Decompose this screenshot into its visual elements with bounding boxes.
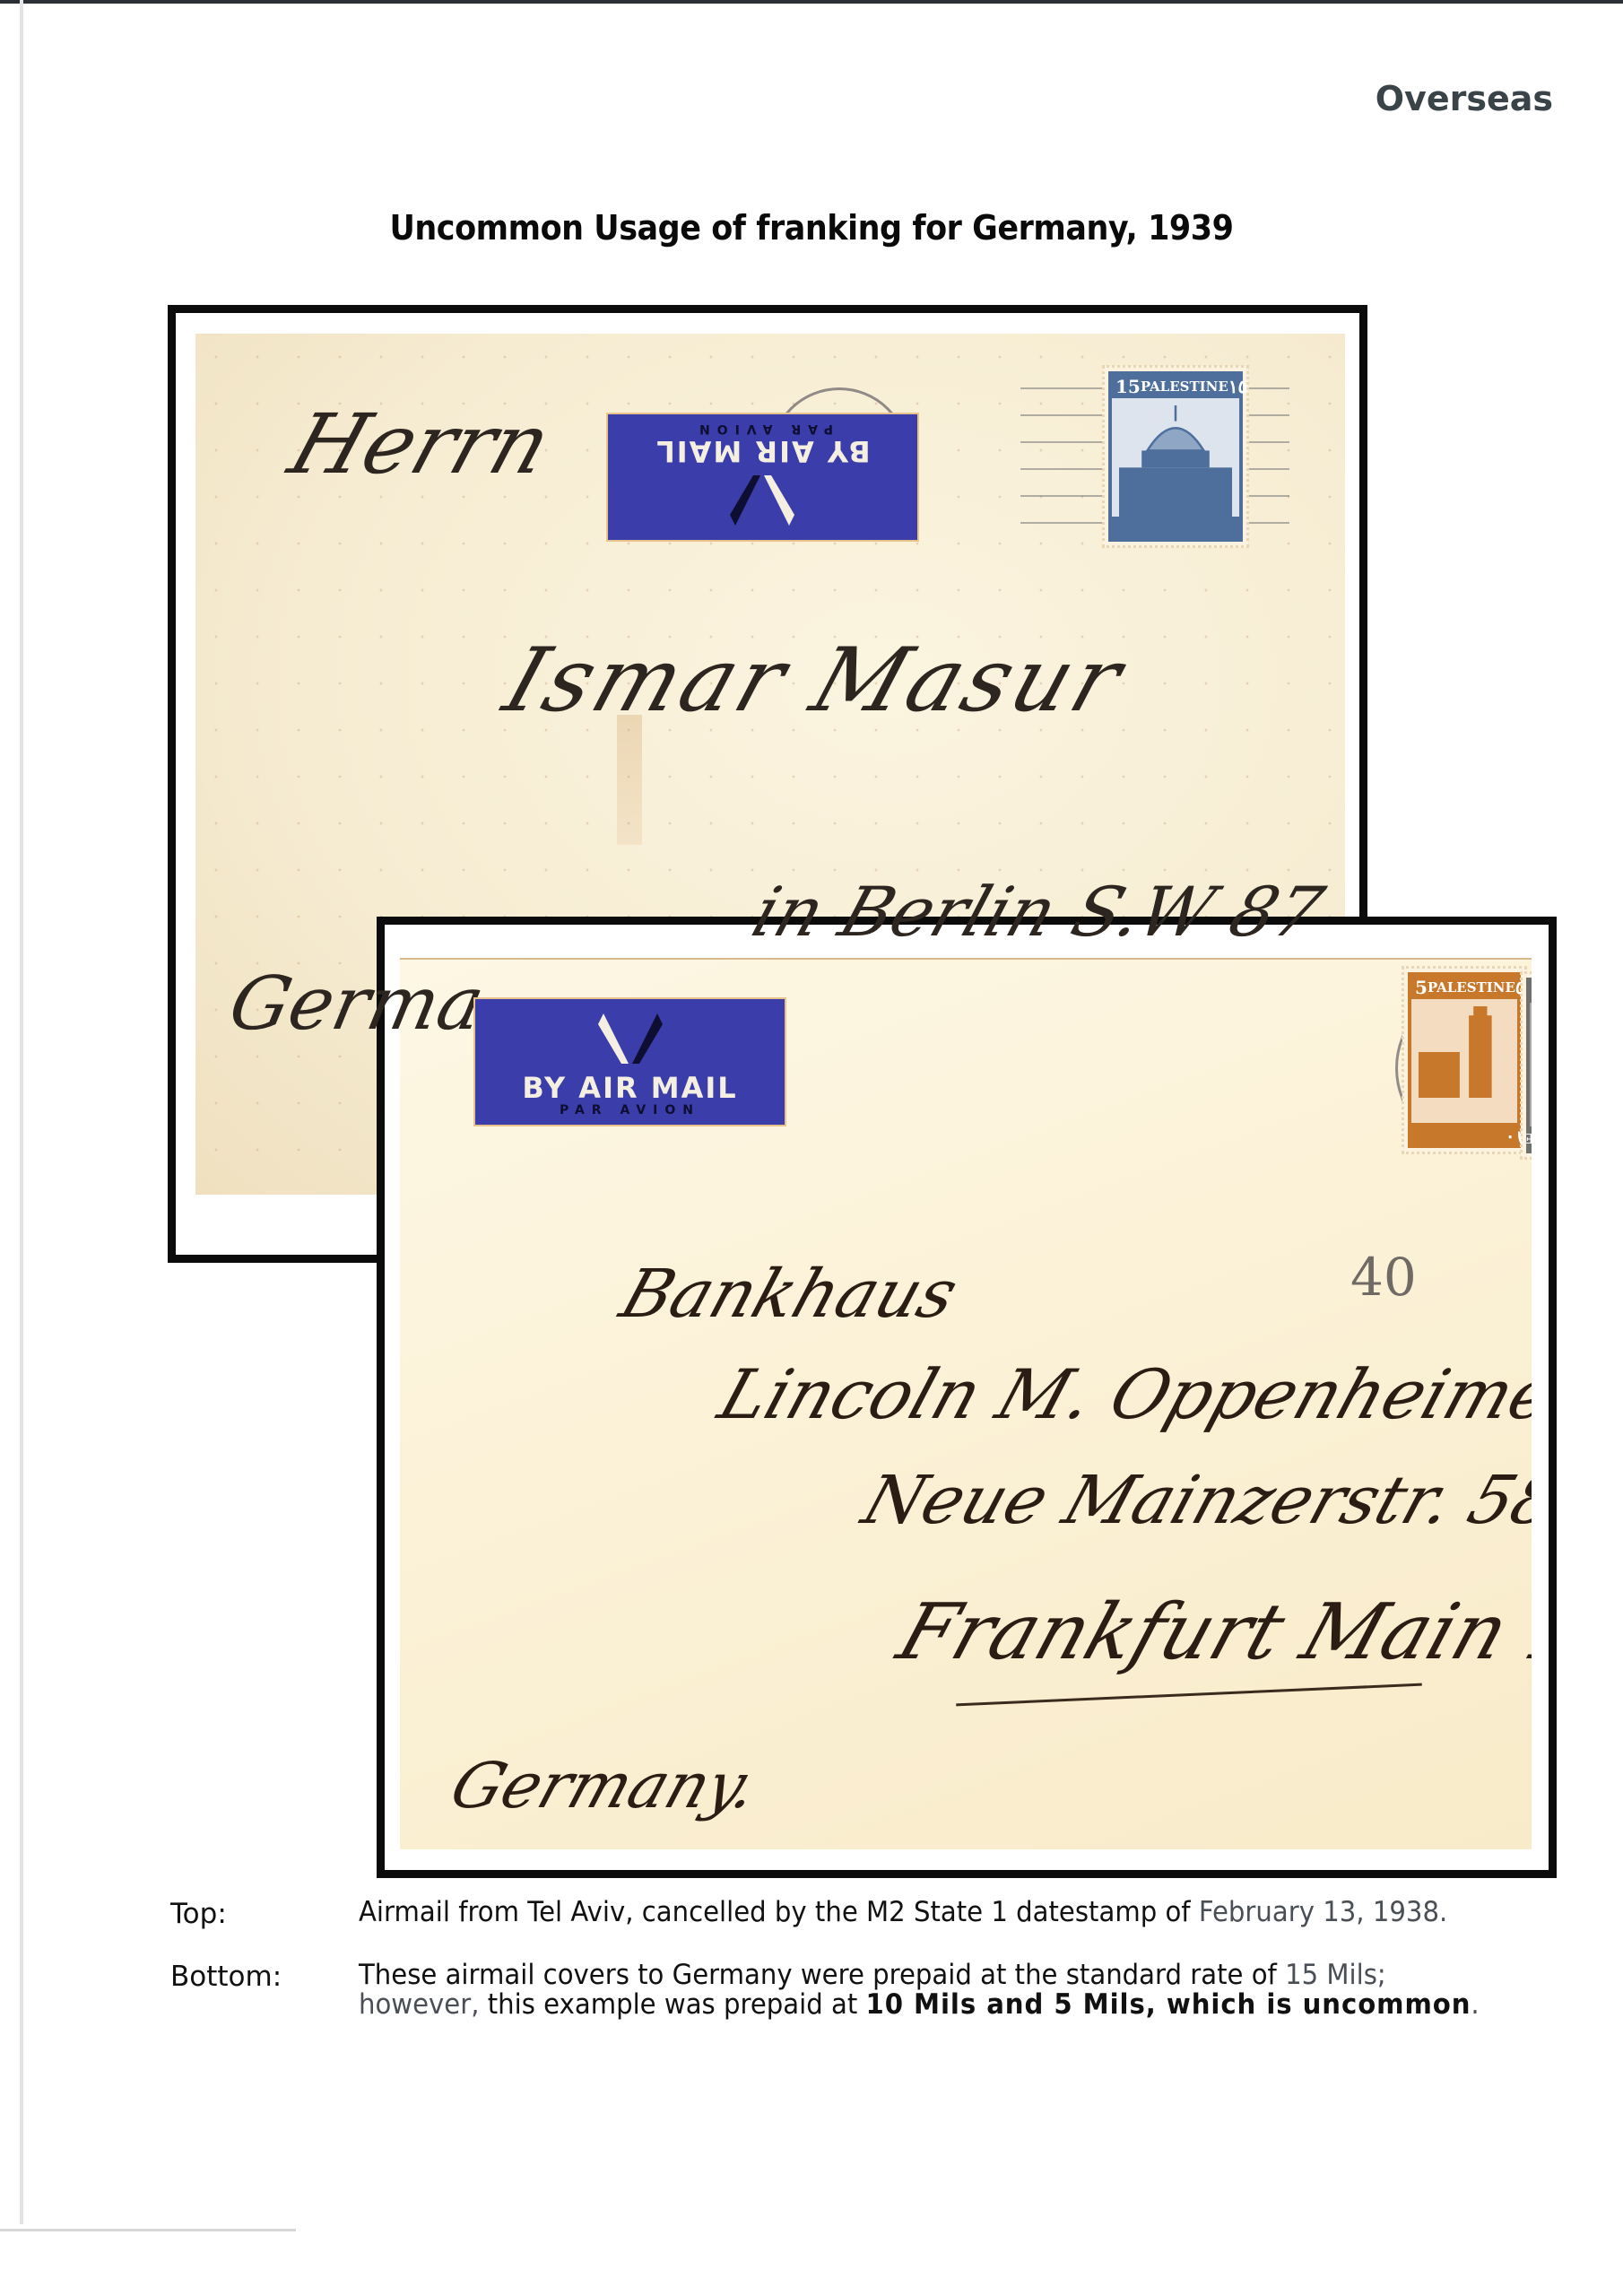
stamp-value-arabic: ١٠ [1506,1127,1524,1149]
address-line-3: Neue Mainzerstr. 58 [854,1462,1532,1539]
address-city: in Berlin S.W 87 [743,872,1333,952]
stamp-country: PALESTINE [1524,1130,1532,1146]
caption-text-continued: this example was prepaid at [479,1988,865,2021]
caption-end: . [1471,1988,1479,2021]
stamp-country: PALESTINE [1428,979,1515,996]
caption-label: Bottom: [170,1961,282,1993]
stamp-value: 15 [1115,376,1141,397]
stamp-15-mils: 15 PALESTINE ١٥ [1103,366,1248,547]
section-label: Overseas [1376,79,1553,118]
top-rule [0,0,1623,4]
left-margin-rule [20,0,23,2224]
caption-date: February 13, 1938. [1199,1896,1447,1928]
wings-icon [727,472,799,527]
pencil-note: 40 [1350,1247,1417,1308]
caption-text: These airmail covers to Germany were pre… [359,1961,1480,2020]
address-salutation: Herrn [279,396,563,492]
caption-label: Top: [170,1898,227,1930]
airmail-label-subtext: PAR AVION [608,422,917,436]
address-country: Germany. [442,1749,768,1822]
airmail-label-subtext: PAR AVION [475,1103,785,1118]
stamp-country: PALESTINE [1141,378,1228,395]
caption-emphasis: 10 Mils and 5 Mils, which is uncommon [866,1988,1471,2021]
caption-text: Airmail from Tel Aviv, cancelled by the … [359,1898,1480,1927]
address-name: Ismar Masur [492,630,1136,732]
airmail-label: BY AIR MAIL PAR AVION [475,999,785,1125]
bottom-cover-envelope: BY AIR MAIL PAR AVION 5 PALESTINE ٥ 10 P… [400,958,1532,1849]
address-line-1: Bankhaus [612,1256,967,1333]
address-line-4: Frankfurt Main 1. [888,1587,1532,1677]
caption-text-main: These airmail covers to Germany were pre… [359,1959,1285,1991]
address-country: Germa [222,961,491,1047]
stamp-10-mils: 10 PALESTINE ١٠ [1521,972,1532,1159]
stamp-value-arabic: ١٥ [1228,376,1247,397]
paper-stain [617,715,642,845]
stamp-value: 5 [1415,977,1428,998]
citadel-icon [1419,1006,1510,1098]
bottom-rule [0,2229,296,2231]
caption-text-main: Airmail from Tel Aviv, cancelled by the … [359,1896,1199,1928]
page-title: Uncommon Usage of franking for Germany, … [65,208,1558,248]
address-line-2: Lincoln M. Oppenheimer [710,1354,1532,1434]
airmail-label-text: BY AIR MAIL [475,1071,785,1105]
airmail-label-text: BY AIR MAIL [608,434,917,468]
address-underline [956,1683,1422,1707]
stamp-5-mils: 5 PALESTINE ٥ [1402,967,1526,1153]
dome-of-the-rock-icon [1119,405,1232,518]
wings-icon [595,1012,666,1067]
airmail-label: BY AIR MAIL PAR AVION [608,414,917,540]
